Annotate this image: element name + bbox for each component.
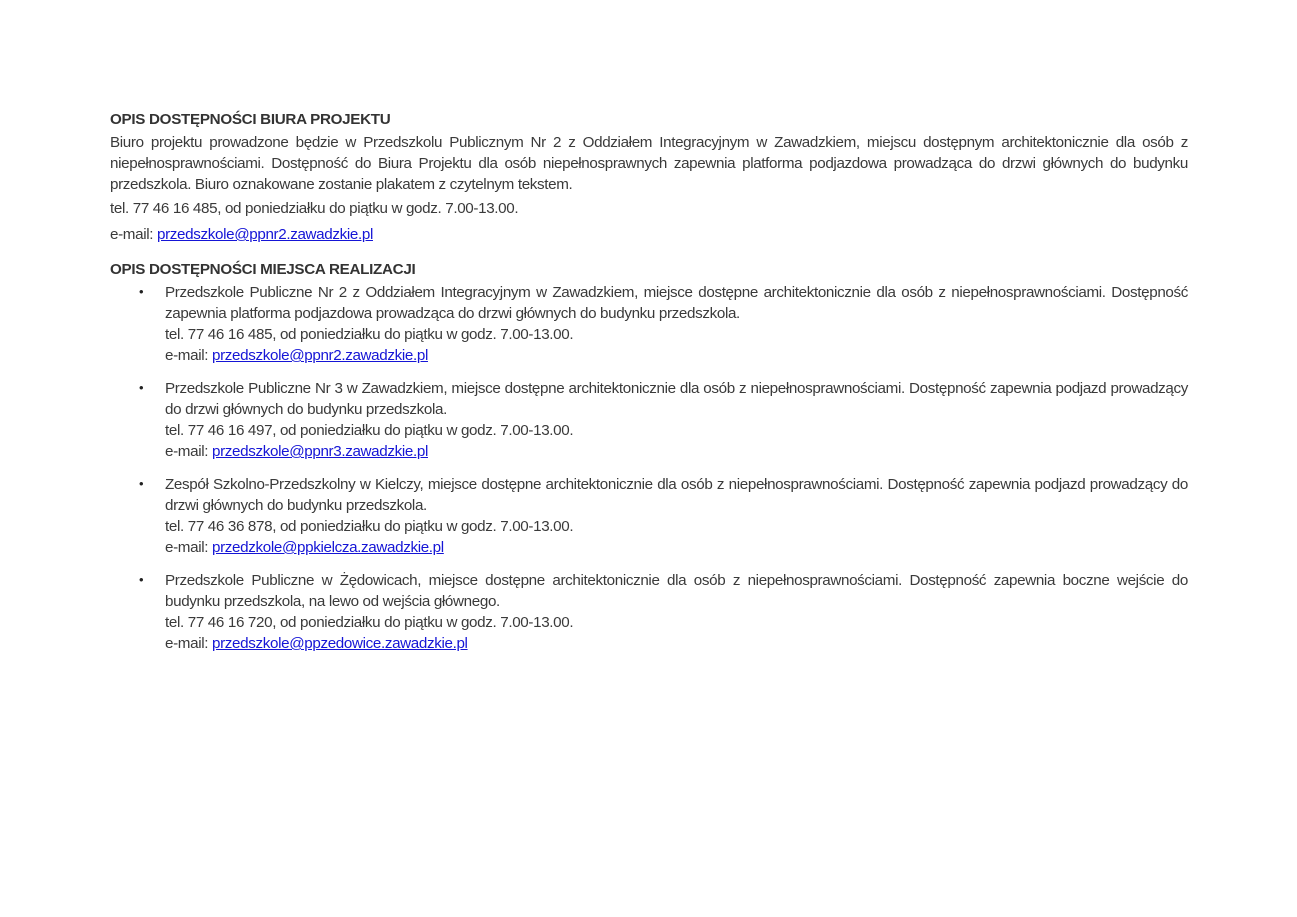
office-section: OPIS DOSTĘPNOŚCI BIURA PROJEKTU Biuro pr… bbox=[110, 111, 1188, 245]
office-email-line: e-mail: przedszkole@ppnr2.zawadzkie.pl bbox=[110, 225, 1188, 245]
bullet-icon: • bbox=[139, 570, 143, 591]
office-heading: OPIS DOSTĘPNOŚCI BIURA PROJEKTU bbox=[110, 111, 1188, 128]
location-description: Przedszkole Publiczne w Żędowicach, miej… bbox=[165, 570, 1188, 612]
list-item: • Przedszkole Publiczne Nr 3 w Zawadzkie… bbox=[165, 378, 1188, 462]
office-email-link[interactable]: przedszkole@ppnr2.zawadzkie.pl bbox=[157, 226, 373, 243]
email-label: e-mail: bbox=[165, 635, 212, 652]
location-phone: tel. 77 46 16 497, od poniedziałku do pi… bbox=[165, 420, 1188, 441]
location-phone: tel. 77 46 16 720, od poniedziałku do pi… bbox=[165, 612, 1188, 633]
document-page: OPIS DOSTĘPNOŚCI BIURA PROJEKTU Biuro pr… bbox=[110, 111, 1188, 666]
list-item: • Przedszkole Publiczne Nr 2 z Oddziałem… bbox=[165, 282, 1188, 366]
location-phone: tel. 77 46 16 485, od poniedziałku do pi… bbox=[165, 324, 1188, 345]
email-label: e-mail: bbox=[110, 226, 157, 243]
location-email-link[interactable]: przedszkole@ppzedowice.zawadzkie.pl bbox=[212, 635, 468, 652]
location-phone: tel. 77 46 36 878, od poniedziałku do pi… bbox=[165, 516, 1188, 537]
location-email-line: e-mail: przedszkole@ppnr3.zawadzkie.pl bbox=[165, 441, 1188, 462]
email-label: e-mail: bbox=[165, 347, 212, 364]
office-phone: tel. 77 46 16 485, od poniedziałku do pi… bbox=[110, 199, 1188, 219]
locations-list: • Przedszkole Publiczne Nr 2 z Oddziałem… bbox=[110, 282, 1188, 654]
location-description: Przedszkole Publiczne Nr 2 z Oddziałem I… bbox=[165, 282, 1188, 324]
locations-heading: OPIS DOSTĘPNOŚCI MIEJSCA REALIZACJI bbox=[110, 261, 1188, 278]
location-email-line: e-mail: przedszkole@ppzedowice.zawadzkie… bbox=[165, 633, 1188, 654]
bullet-icon: • bbox=[139, 378, 143, 399]
location-email-line: e-mail: przedszkole@ppnr2.zawadzkie.pl bbox=[165, 345, 1188, 366]
bullet-icon: • bbox=[139, 282, 143, 303]
email-label: e-mail: bbox=[165, 443, 212, 460]
location-email-link[interactable]: przedzkole@ppkielcza.zawadzkie.pl bbox=[212, 539, 444, 556]
bullet-icon: • bbox=[139, 474, 143, 495]
list-item: • Zespół Szkolno-Przedszkolny w Kielczy,… bbox=[165, 474, 1188, 558]
location-email-link[interactable]: przedszkole@ppnr2.zawadzkie.pl bbox=[212, 347, 428, 364]
list-item: • Przedszkole Publiczne w Żędowicach, mi… bbox=[165, 570, 1188, 654]
location-email-line: e-mail: przedzkole@ppkielcza.zawadzkie.p… bbox=[165, 537, 1188, 558]
email-label: e-mail: bbox=[165, 539, 212, 556]
location-description: Przedszkole Publiczne Nr 3 w Zawadzkiem,… bbox=[165, 378, 1188, 420]
location-description: Zespół Szkolno-Przedszkolny w Kielczy, m… bbox=[165, 474, 1188, 516]
office-description: Biuro projektu prowadzone będzie w Przed… bbox=[110, 132, 1188, 195]
locations-section: OPIS DOSTĘPNOŚCI MIEJSCA REALIZACJI • Pr… bbox=[110, 261, 1188, 654]
location-email-link[interactable]: przedszkole@ppnr3.zawadzkie.pl bbox=[212, 443, 428, 460]
